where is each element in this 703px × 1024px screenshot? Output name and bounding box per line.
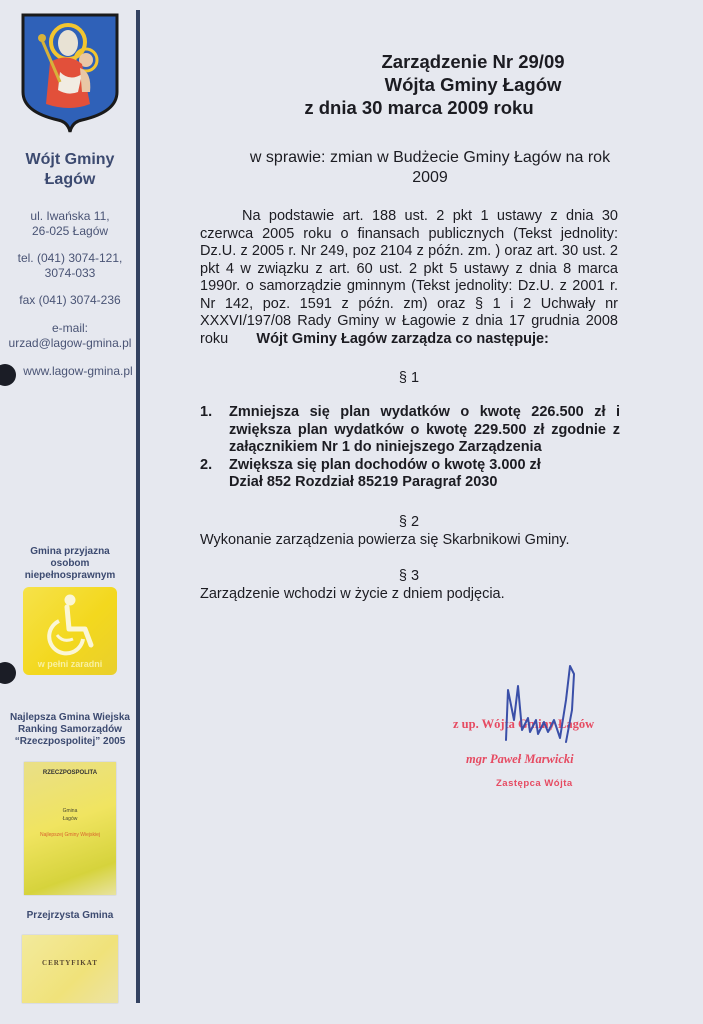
email-link[interactable]: urzad@lagow-gmina.pl: [0, 336, 140, 351]
award-title-transparent: Przejrzysta Gmina: [0, 910, 140, 922]
email: e-mail: urzad@lagow-gmina.pl: [0, 321, 140, 351]
list-item: 2.Zwiększa się plan dochodów o kwotę 3.0…: [200, 457, 620, 492]
letterhead-sidebar: Wójt Gminy Łagów ul. Iwańska 11, 26-025 …: [0, 0, 138, 1024]
letterhead-divider: [136, 10, 140, 1003]
address: ul. Iwańska 11, 26-025 Łagów: [0, 209, 140, 239]
section-1-list: 1.Zmniejsza się plan wydatków o kwotę 22…: [200, 404, 620, 492]
award-title-accessibility: Gmina przyjazna osobom niepełnosprawnym: [0, 546, 140, 582]
accessibility-badge: w pełni zaradni: [23, 587, 117, 675]
coat-of-arms-icon: [20, 12, 120, 134]
telephone: tel. (041) 3074-121, 3074-033: [0, 251, 140, 281]
document-subject: w sprawie: zmian w Budżecie Gminy Łagów …: [200, 148, 660, 188]
section-heading-1: § 1: [200, 370, 618, 386]
transparency-certificate-image: CERTYFIKAT: [22, 935, 118, 1003]
section-heading-3: § 3: [200, 568, 618, 584]
fax: fax (041) 3074-236: [0, 293, 140, 308]
office-title: Wójt Gminy Łagów: [0, 150, 140, 190]
section-heading-2: § 2: [200, 514, 618, 530]
badge-caption: w pełni zaradni: [23, 659, 117, 669]
document-page: Wójt Gminy Łagów ul. Iwańska 11, 26-025 …: [0, 0, 703, 1024]
wheelchair-icon: [23, 587, 117, 667]
preamble: Na podstawie art. 188 ust. 2 pkt 1 ustaw…: [200, 208, 618, 348]
list-item: 1.Zmniejsza się plan wydatków o kwotę 22…: [200, 404, 620, 457]
handwritten-signature-icon: [500, 660, 590, 750]
ranking-certificate-image: RZECZPOSPOLITA Gmina Łagów Najlepszej Gm…: [24, 762, 116, 895]
section-2-text: Wykonanie zarządzenia powierza się Skarb…: [200, 532, 570, 548]
website-link[interactable]: www.lagow-gmina.pl: [8, 364, 148, 379]
preamble-bold: Wójt Gminy Łagów zarządza co następuje:: [256, 331, 548, 347]
document-title: Zarządzenie Nr 29/09 Wójta Gminy Łagów z…: [280, 50, 610, 119]
section-3-text: Zarządzenie wchodzi w życie z dniem podj…: [200, 586, 505, 602]
award-title-ranking: Najlepsza Gmina Wiejska Ranking Samorząd…: [0, 712, 140, 748]
